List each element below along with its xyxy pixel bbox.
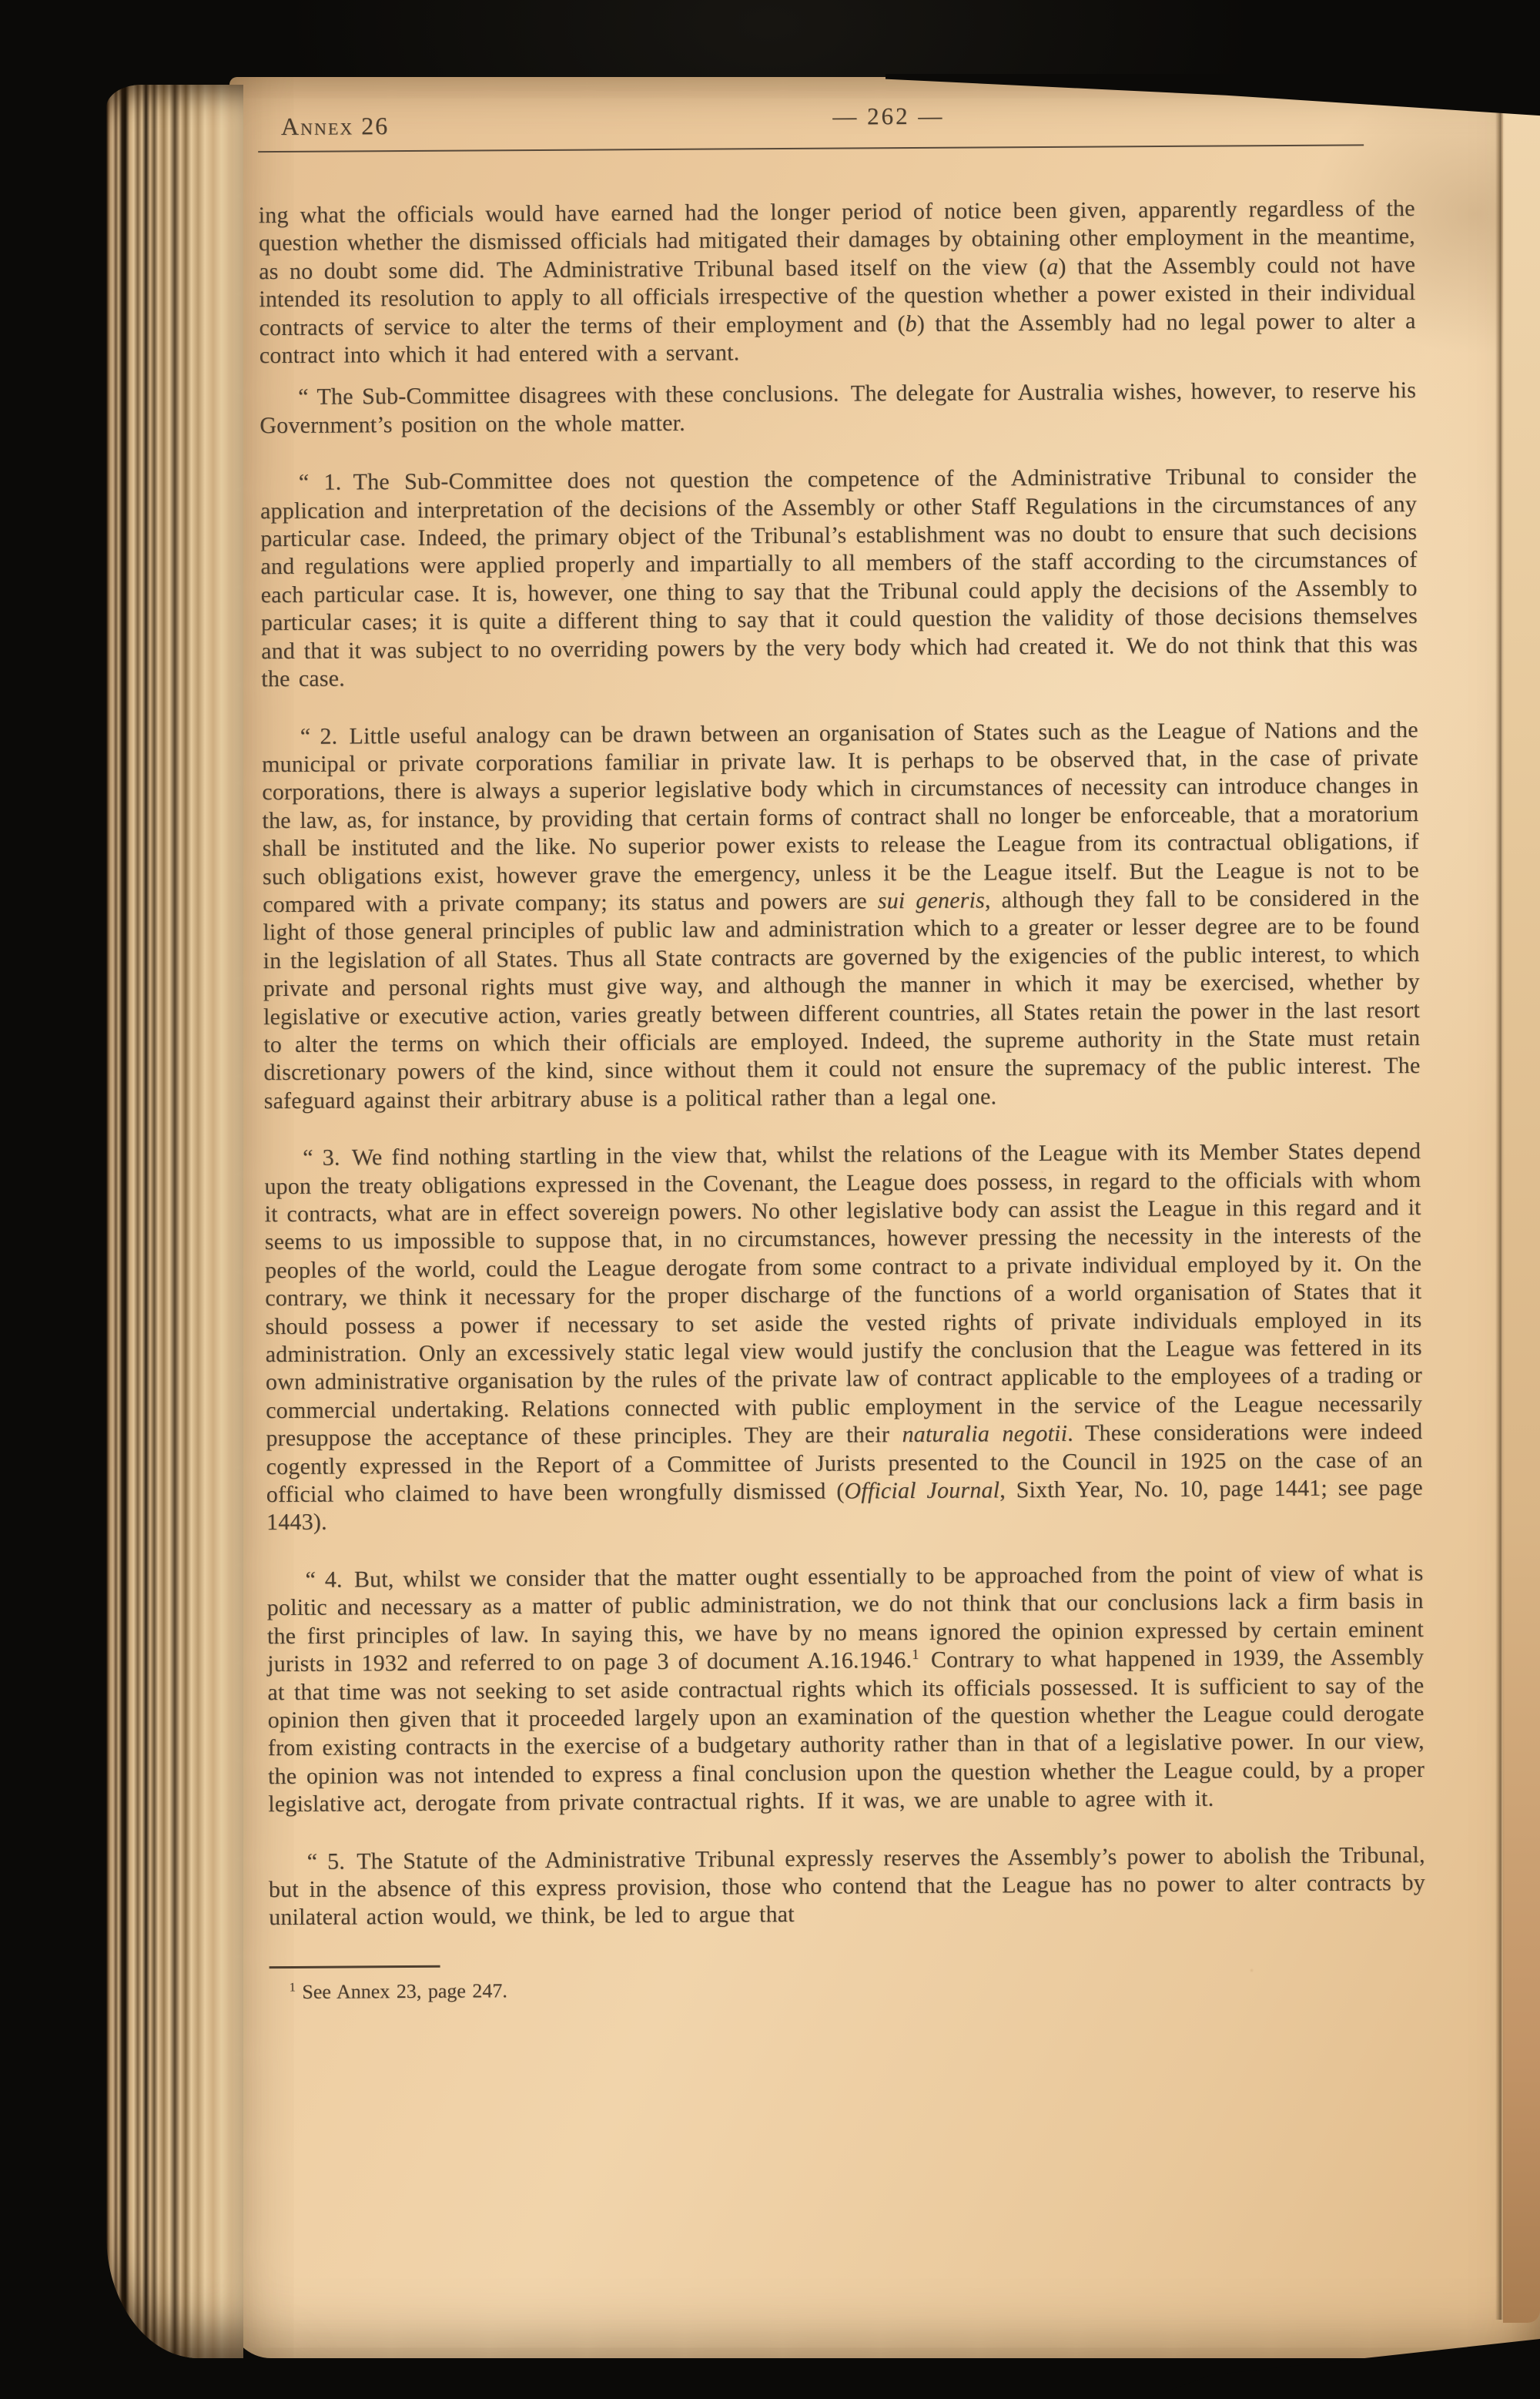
- paragraph-continuation: ing what the officials would have earned…: [259, 195, 1416, 370]
- page-fold-crease: [1495, 99, 1505, 2320]
- footnote-rule: [269, 1965, 440, 1968]
- scanned-book-photo: Annex 26 — 262 — ing what the officials …: [0, 0, 1540, 2399]
- document-body: ing what the officials would have earned…: [259, 195, 1426, 1932]
- paragraph-section-5: “ 5. The Statute of the Administrative T…: [269, 1841, 1426, 1932]
- paragraph-section-3: “ 3. We find nothing startling in the vi…: [264, 1138, 1423, 1537]
- annex-label: Annex 26: [281, 112, 389, 141]
- printed-content: Annex 26 — 262 — ing what the officials …: [258, 106, 1426, 2004]
- page-header: Annex 26 — 262 —: [258, 106, 1414, 146]
- paragraph-subcommittee-disagrees: “ The Sub-Committee disagrees with these…: [259, 377, 1416, 440]
- page-number: — 262 —: [832, 102, 944, 131]
- header-rule: [258, 144, 1364, 152]
- page-fold-strip: [1503, 91, 1540, 2323]
- page-stack-edges: [106, 85, 243, 2358]
- paragraph-section-4: “ 4. But, whilst we consider that the ma…: [266, 1560, 1424, 1819]
- paragraph-section-2: “ 2. Little useful analogy can be drawn …: [262, 715, 1421, 1115]
- paragraph-section-1: “ 1. The Sub-Committee does not question…: [260, 462, 1418, 693]
